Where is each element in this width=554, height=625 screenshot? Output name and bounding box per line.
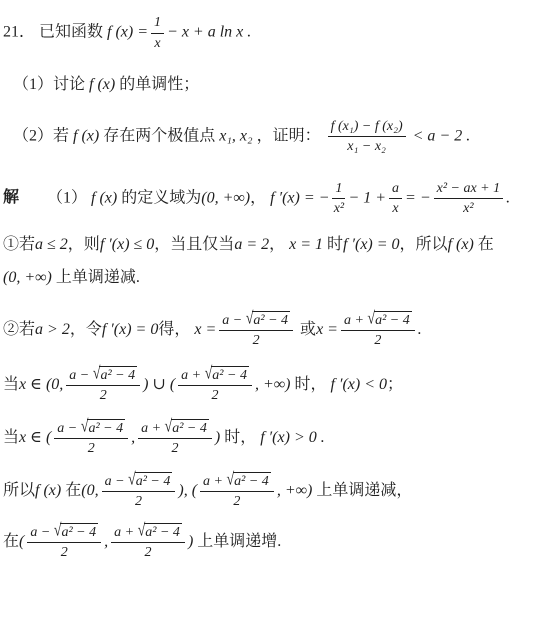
fraction-numerator: a xyxy=(389,180,402,200)
period: . xyxy=(418,321,422,338)
sqrt-expression: √a² − 4 xyxy=(367,313,411,328)
solution-heading-line: 解（1） f (x) 的定义域为(0, +∞)， f ′(x) = −1x²− … xyxy=(3,180,548,218)
conclusion-decreasing-line: 所以f (x) 在(0,a − √a² − 42), (a + √a² − 42… xyxy=(3,472,548,511)
fraction-numerator: a + √a² − 4 xyxy=(178,366,252,387)
fraction-numerator: f (x₁) − f (x₂) xyxy=(328,118,406,138)
derivative-positive: f ′(x) > 0 . xyxy=(260,429,325,446)
derivative-zero: f ′(x) = 0 xyxy=(343,236,400,253)
root-fraction-minus: a − √a² − 42 xyxy=(102,472,176,511)
x-equals: x = xyxy=(194,321,216,338)
solution-label: 解 xyxy=(3,189,19,206)
decreasing-text: 上单调递减， xyxy=(316,482,412,499)
semicolon: ； xyxy=(387,376,403,393)
fraction-numerator: a − √a² − 4 xyxy=(54,419,128,440)
fraction: x² − ax + 1x² xyxy=(434,180,504,218)
case1-condition: a ≤ 2 xyxy=(35,236,68,253)
fraction-denominator: 2 xyxy=(54,439,128,458)
on-text: 在 xyxy=(3,533,19,550)
fx-symbol: f (x) xyxy=(448,236,474,253)
let-text: ，令 xyxy=(70,321,102,338)
fraction-denominator: x xyxy=(389,199,402,218)
fraction: 1x² xyxy=(332,180,345,218)
fraction-denominator: 2 xyxy=(111,543,185,562)
case1-line: ①若a ≤ 2，则f ′(x) ≤ 0，当且仅当a = 2， x = 1 时f … xyxy=(3,234,548,256)
radical-sign: √ xyxy=(246,308,254,330)
open-interval: (0, xyxy=(81,482,98,499)
decreasing-interval-line: 当x ∈ (0,a − √a² − 42) ∪ (a + √a² − 42, +… xyxy=(3,366,548,405)
extreme-points: x₁, x₂ xyxy=(219,127,252,144)
to-infinity: , +∞) xyxy=(255,376,291,393)
sqrt-expression: √a² − 4 xyxy=(54,525,98,540)
root-prefix: a − xyxy=(57,421,80,436)
fraction-denominator: 2 xyxy=(341,331,415,350)
inequality-tail: < a − 2 . xyxy=(413,127,471,144)
to-infinity: , +∞) xyxy=(277,482,313,499)
radicand: a² − 4 xyxy=(99,366,137,385)
fraction-denominator: x xyxy=(151,34,164,53)
conclusion-increasing-line: 在(a − √a² − 42,a + √a² − 42) 上单调递增. xyxy=(3,523,548,562)
root-fraction-minus: a − √a² − 42 xyxy=(54,419,128,458)
union-symbol: ) ∪ ( xyxy=(143,376,175,393)
x-equals: x = xyxy=(316,321,338,338)
root-prefix: a + xyxy=(203,474,226,489)
fx-symbol: f (x) xyxy=(89,76,115,93)
so-text: ，所以 xyxy=(400,236,448,253)
radical-sign: √ xyxy=(165,416,173,438)
fx-symbol: f (x) xyxy=(35,482,61,499)
derivative-nonpositive: f ′(x) ≤ 0 xyxy=(100,236,154,253)
derivative-middle: − 1 + xyxy=(348,189,386,206)
radicand: a² − 4 xyxy=(374,311,412,330)
domain-interval: (0, +∞) xyxy=(3,269,52,286)
x-equals-1: x = 1 xyxy=(289,236,323,253)
fraction-numerator: a + √a² − 4 xyxy=(138,419,212,440)
root-fraction-plus: a + √a² − 42 xyxy=(200,472,274,511)
fraction-numerator: 1 xyxy=(332,180,345,200)
radicand: a² − 4 xyxy=(252,311,290,330)
radicand: a² − 4 xyxy=(135,472,173,491)
root-fraction-plus: a + √a² − 42 xyxy=(178,366,252,405)
function-definition: f (x) = xyxy=(107,24,148,41)
sqrt-expression: √a² − 4 xyxy=(205,368,249,383)
increasing-interval-line: 当x ∈ (a − √a² − 42,a + √a² − 42) 时， f ′(… xyxy=(3,419,548,458)
prove-text: ，证明： xyxy=(257,127,321,144)
case2-line: ②若a > 2，令f ′(x) = 0得， x =a − √a² − 42 或x… xyxy=(3,311,548,350)
part2-question-line: （2）若 f (x) 存在两个极值点 x₁, x₂ ，证明： f (x₁) − … xyxy=(3,118,548,156)
fraction-numerator: 1 xyxy=(151,14,164,34)
close-paren: ) xyxy=(188,533,193,550)
equals-sign: = − xyxy=(405,189,431,206)
fraction: ax xyxy=(389,180,402,218)
root-prefix: a − xyxy=(69,368,92,383)
sqrt-expression: √a² − 4 xyxy=(81,421,125,436)
sqrt-expression: √a² − 4 xyxy=(128,474,172,489)
radical-sign: √ xyxy=(367,308,375,330)
case1-marker: ①若 xyxy=(3,236,35,253)
so-text: 所以 xyxy=(3,482,35,499)
fraction-numerator: a − √a² − 4 xyxy=(219,311,293,332)
or-text: 或 xyxy=(300,321,316,338)
radicand: a² − 4 xyxy=(233,472,271,491)
fraction-numerator: x² − ax + 1 xyxy=(434,180,504,200)
fx-symbol: f (x) xyxy=(73,127,99,144)
root-fraction-minus: a − √a² − 42 xyxy=(27,523,101,562)
fraction-numerator: a + √a² − 4 xyxy=(341,311,415,332)
fx-symbol: f (x) xyxy=(91,189,117,206)
fraction-denominator: x² xyxy=(332,199,345,218)
comma: ， xyxy=(250,189,266,206)
radical-sign: √ xyxy=(226,469,234,491)
fraction-denominator: 2 xyxy=(27,543,101,562)
sqrt-expression: √a² − 4 xyxy=(226,474,270,489)
root-fraction-minus: a − √a² − 42 xyxy=(219,311,293,350)
root-prefix: a + xyxy=(181,368,204,383)
x-in-interval: x ∈ ( xyxy=(19,429,51,446)
root-fraction-minus: a − √a² − 42 xyxy=(66,366,140,405)
fraction-denominator: 2 xyxy=(66,386,140,405)
part1-text: 的单调性； xyxy=(119,76,199,93)
sqrt-expression: √a² − 4 xyxy=(138,525,182,540)
root-prefix: a + xyxy=(141,421,164,436)
fraction-denominator: 2 xyxy=(200,492,274,511)
time-text: 时， xyxy=(294,376,326,393)
radicand: a² − 4 xyxy=(87,419,125,438)
open-paren: ( xyxy=(19,533,24,550)
root-fraction-plus: a + √a² − 42 xyxy=(341,311,415,350)
root-prefix: a − xyxy=(105,474,128,489)
domain-interval: (0, +∞) xyxy=(201,189,250,206)
fraction-numerator: a + √a² − 4 xyxy=(111,523,185,544)
close-paren: ) xyxy=(215,429,220,446)
root-prefix: a + xyxy=(344,313,367,328)
decreasing-text: 上单调递减. xyxy=(56,269,140,286)
radicand: a² − 4 xyxy=(144,523,182,542)
period: . xyxy=(506,189,510,206)
problem-intro-text: 已知函数 xyxy=(39,24,103,41)
difference-quotient-fraction: f (x₁) − f (x₂)x₁ − x₂ xyxy=(328,118,406,156)
radical-sign: √ xyxy=(138,520,146,542)
problem-statement-line: 21． 已知函数 f (x) =1x− x + a ln x . xyxy=(3,14,548,52)
on-text: 在 xyxy=(478,236,494,253)
fraction-denominator: 2 xyxy=(178,386,252,405)
increasing-text: 上单调递增. xyxy=(197,533,281,550)
part1-label: （1）讨论 xyxy=(13,76,85,93)
radicand: a² − 4 xyxy=(60,523,98,542)
fraction-denominator: x² xyxy=(434,199,504,218)
then-text: ，则 xyxy=(68,236,100,253)
root-fraction-plus: a + √a² − 42 xyxy=(111,523,185,562)
comma: , xyxy=(131,429,135,446)
derivative-lhs: f ′(x) = − xyxy=(270,189,329,206)
radical-sign: √ xyxy=(205,363,213,385)
fraction-denominator: 2 xyxy=(138,439,212,458)
math-solution-document: 21． 已知函数 f (x) =1x− x + a ln x . （1）讨论 f… xyxy=(0,0,554,562)
time-text: 时， xyxy=(224,429,256,446)
interval-separator: ), ( xyxy=(178,482,197,499)
radical-sign: √ xyxy=(93,363,101,385)
when-text: 当 xyxy=(3,429,19,446)
fraction-numerator: a − √a² − 4 xyxy=(27,523,101,544)
x-in-interval: x ∈ (0, xyxy=(19,376,63,393)
root-prefix: a − xyxy=(30,525,53,540)
domain-text: 的定义域为 xyxy=(121,189,201,206)
sub-label: （1） xyxy=(47,189,87,206)
part2-label: （2）若 xyxy=(13,127,69,144)
case2-condition: a > 2 xyxy=(35,321,70,338)
comma: , xyxy=(104,533,108,550)
fraction: 1x xyxy=(151,14,164,52)
fraction-numerator: a − √a² − 4 xyxy=(102,472,176,493)
on-text: 在 xyxy=(65,482,81,499)
radicand: a² − 4 xyxy=(171,419,209,438)
when-text: 当 xyxy=(3,376,19,393)
root-fraction-plus: a + √a² − 42 xyxy=(138,419,212,458)
a-equals-2: a = 2 xyxy=(234,236,269,253)
radicand: a² − 4 xyxy=(211,366,249,385)
sqrt-expression: √a² − 4 xyxy=(93,368,137,383)
case2-marker: ②若 xyxy=(3,321,35,338)
radical-sign: √ xyxy=(128,469,136,491)
get-text: 得， xyxy=(158,321,190,338)
radical-sign: √ xyxy=(81,416,89,438)
problem-number: 21． xyxy=(3,24,35,41)
derivative-zero: f ′(x) = 0 xyxy=(102,321,159,338)
part1-question-line: （1）讨论 f (x) 的单调性； xyxy=(3,74,548,96)
root-prefix: a + xyxy=(114,525,137,540)
fraction-numerator: a − √a² − 4 xyxy=(66,366,140,387)
fraction-denominator: 2 xyxy=(102,492,176,511)
part2-text: 存在两个极值点 xyxy=(103,127,215,144)
radical-sign: √ xyxy=(54,520,62,542)
when-text: 时 xyxy=(327,236,343,253)
sqrt-expression: √a² − 4 xyxy=(246,313,290,328)
sqrt-expression: √a² − 4 xyxy=(165,421,209,436)
fraction-numerator: a + √a² − 4 xyxy=(200,472,274,493)
comma: ， xyxy=(269,236,285,253)
root-prefix: a − xyxy=(222,313,245,328)
fraction-denominator: 2 xyxy=(219,331,293,350)
derivative-negative: f ′(x) < 0 xyxy=(331,376,388,393)
function-tail: − x + a ln x . xyxy=(167,24,251,41)
fraction-denominator: x₁ − x₂ xyxy=(328,137,406,156)
case1-line2: (0, +∞) 上单调递减. xyxy=(3,267,548,289)
iff-text: ，当且仅当 xyxy=(154,236,234,253)
